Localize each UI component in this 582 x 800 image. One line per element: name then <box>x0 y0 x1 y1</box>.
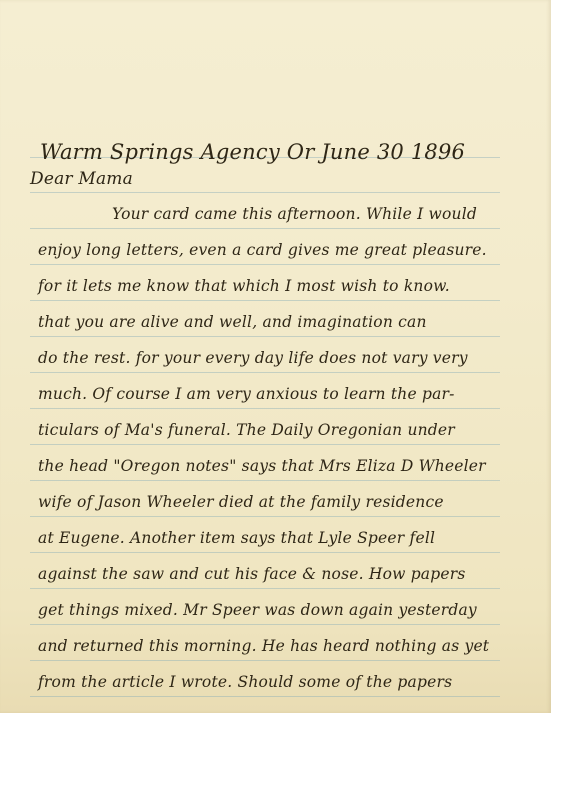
letter-page: Warm Springs Agency Or June 30 1896 Dear… <box>0 0 551 713</box>
ruled-line <box>30 696 500 697</box>
place-and-date: Warm Springs Agency Or June 30 1896 <box>40 140 465 164</box>
ruled-line <box>30 192 500 193</box>
ruled-line <box>30 588 500 589</box>
ruled-line <box>30 480 500 481</box>
letter-line: against the saw and cut his face & nose.… <box>38 565 466 583</box>
letter-line: much. Of course I am very anxious to lea… <box>38 385 455 403</box>
ruled-line <box>30 444 500 445</box>
letter-line: from the article I wrote. Should some of… <box>38 673 452 691</box>
letter-line: get things mixed. Mr Speer was down agai… <box>38 601 477 619</box>
ruled-line <box>30 660 500 661</box>
letter-line: that you are alive and well, and imagina… <box>38 313 427 331</box>
letter-line: the head "Oregon notes" says that Mrs El… <box>38 457 486 475</box>
ruled-line <box>30 264 500 265</box>
ruled-line <box>30 408 500 409</box>
ruled-line <box>30 336 500 337</box>
ruled-line <box>30 624 500 625</box>
ruled-line <box>30 300 500 301</box>
letter-line: wife of Jason Wheeler died at the family… <box>38 493 444 511</box>
letter-line: do the rest. for your every day life doe… <box>38 349 468 367</box>
letter-line: Your card came this afternoon. While I w… <box>112 205 477 223</box>
ruled-line <box>30 552 500 553</box>
letter-line: for it lets me know that which I most wi… <box>38 277 450 295</box>
letter-line: at Eugene. Another item says that Lyle S… <box>38 529 435 547</box>
ruled-line <box>30 516 500 517</box>
letter-line: enjoy long letters, even a card gives me… <box>38 241 487 259</box>
ruled-line <box>30 372 500 373</box>
ruled-line <box>30 228 500 229</box>
letter-line: and returned this morning. He has heard … <box>38 637 489 655</box>
letter-line: ticulars of Ma's funeral. The Daily Oreg… <box>38 421 455 439</box>
salutation: Dear Mama <box>30 169 133 189</box>
